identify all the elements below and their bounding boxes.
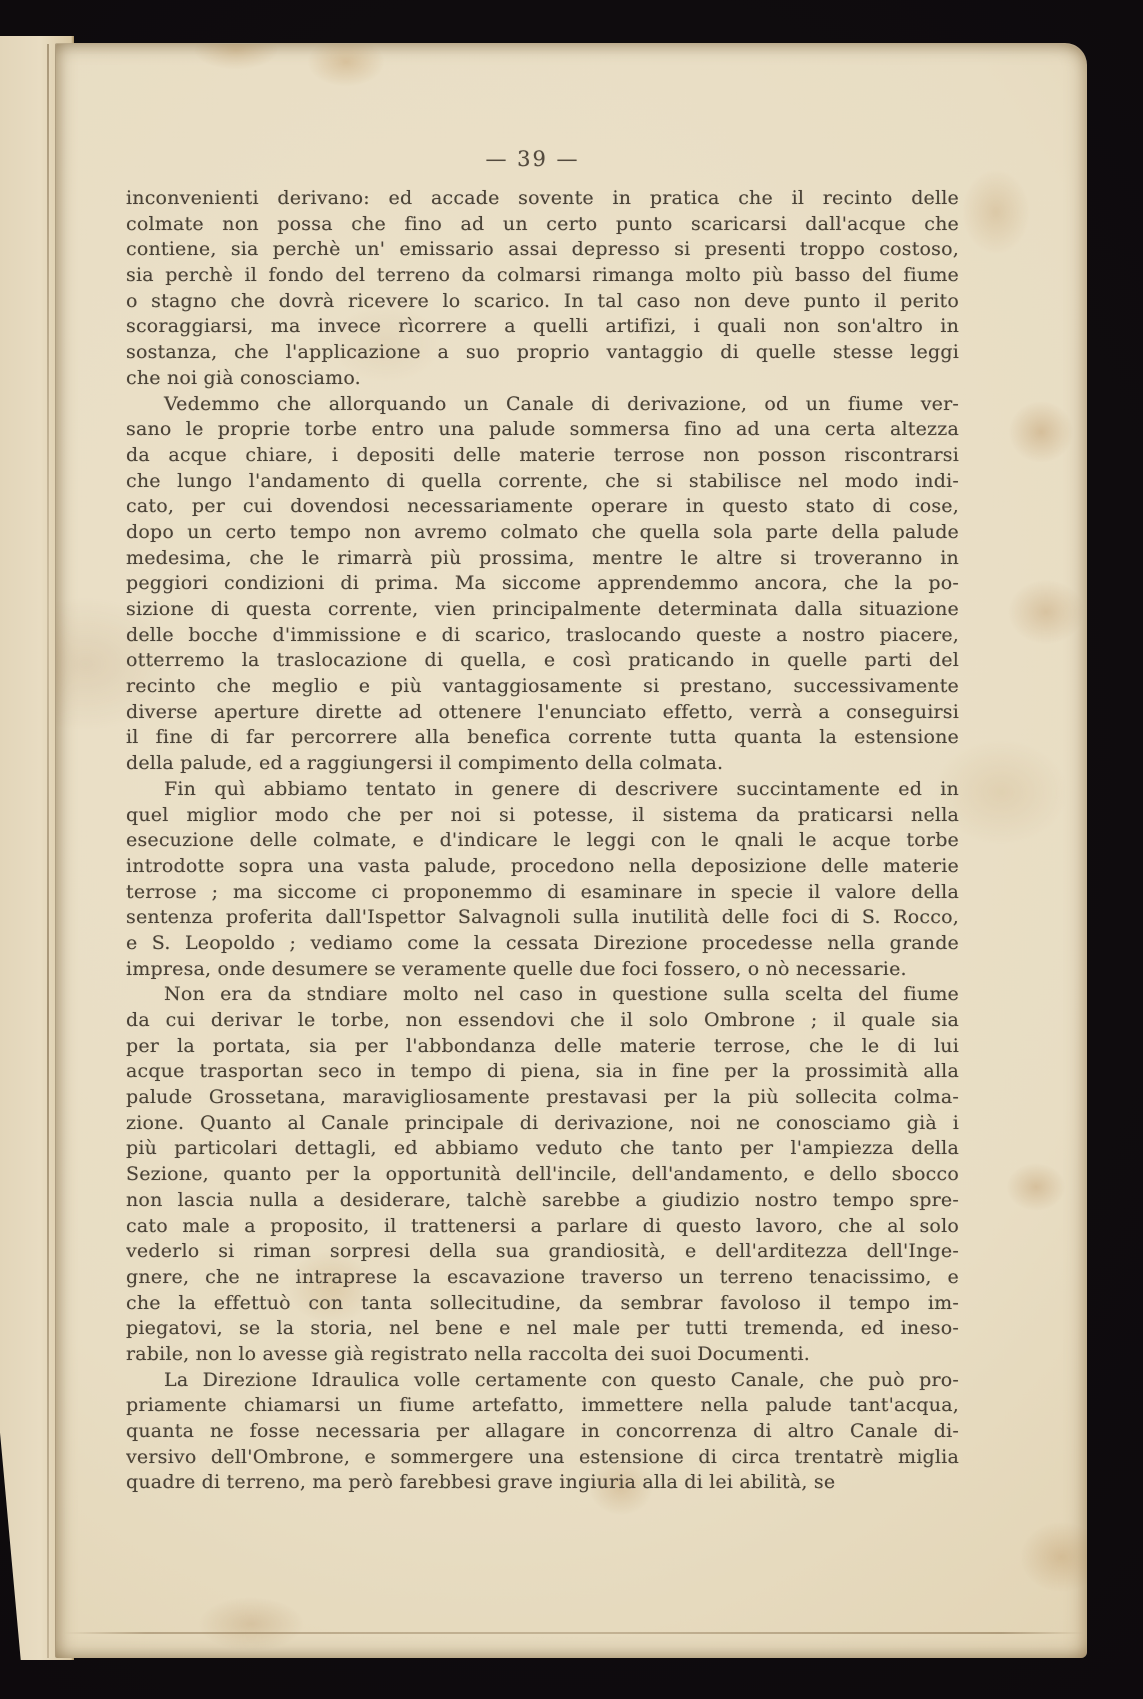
paragraph: Non era da stndiare molto nel caso in qu… <box>126 982 959 1367</box>
text-line: il fine di far percorrere alla benefica … <box>126 725 959 751</box>
text-line: da cui derivar le torbe, non essendovi c… <box>126 1008 959 1034</box>
text-line: introdotte sopra una vasta palude, proce… <box>126 854 959 880</box>
text-line: impresa, onde desumere se veramente quel… <box>126 957 959 983</box>
paragraph: inconvenienti derivano: ed accade sovent… <box>126 186 959 392</box>
text-line: Non era da stndiare molto nel caso in qu… <box>126 982 959 1008</box>
text-line: quel miglior modo che per noi si potesse… <box>126 803 959 829</box>
text-line: e S. Leopoldo ; vediamo come la cessata … <box>126 931 959 957</box>
page-content: — 39 — inconvenienti derivano: ed accade… <box>126 144 959 1496</box>
text-line: esecuzione delle colmate, e d'indicare l… <box>126 828 959 854</box>
text-line: o stagno che dovrà ricevere lo scarico. … <box>126 289 959 315</box>
text-line: inconvenienti derivano: ed accade sovent… <box>126 186 959 212</box>
text-line: Fin quì abbiamo tentato in genere di des… <box>126 777 959 803</box>
book-page: — 39 — inconvenienti derivano: ed accade… <box>55 43 1087 1658</box>
text-line: otterremo la traslocazione di quella, e … <box>126 648 959 674</box>
text-line: più particolari dettagli, ed abbiamo ved… <box>126 1136 959 1162</box>
text-line: vederlo si riman sorpresi della sua gran… <box>126 1239 959 1265</box>
text-line: zione. Quanto al Canale principale di de… <box>126 1111 959 1137</box>
text-line: piegatovi, se la storia, nel bene e nel … <box>126 1316 959 1342</box>
page-number: — 39 — <box>116 144 949 186</box>
text-line: che lungo l'andamento di quella corrente… <box>126 469 959 495</box>
text-line: per la portata, sia per l'abbondanza del… <box>126 1034 959 1060</box>
text-line: delle bocche d'immissione e di scarico, … <box>126 623 959 649</box>
text-line: della palude, ed a raggiungersi il compi… <box>126 751 959 777</box>
text-line: versivo dell'Ombrone, e sommergere una e… <box>126 1445 959 1471</box>
text-line: sizione di questa corrente, vien princip… <box>126 597 959 623</box>
text-line: diverse aperture dirette ad ottenere l'e… <box>126 700 959 726</box>
text-line: contiene, sia perchè un' emissario assai… <box>126 237 959 263</box>
text-line: peggiori condizioni di prima. Ma siccome… <box>126 571 959 597</box>
text-line: colmate non possa che fino ad un certo p… <box>126 212 959 238</box>
text-line: medesima, che le rimarrà più prossima, m… <box>126 546 959 572</box>
text-line: Vedemmo che allorquando un Canale di der… <box>126 392 959 418</box>
text-line: sano le proprie torbe entro una palude s… <box>126 417 959 443</box>
paragraph: Fin quì abbiamo tentato in genere di des… <box>126 777 959 983</box>
scan-background: — 39 — inconvenienti derivano: ed accade… <box>0 0 1143 1699</box>
text-line: non lascia nulla a desiderare, talchè sa… <box>126 1188 959 1214</box>
text-line: Sezione, quanto per la opportunità dell'… <box>126 1162 959 1188</box>
text-line: scoraggiarsi, ma invece rìcorrere a quel… <box>126 314 959 340</box>
text-line: che la effettuò con tanta sollecitudine,… <box>126 1291 959 1317</box>
text-line: recinto che meglio e più vantaggiosament… <box>126 674 959 700</box>
text-line: sentenza proferita dall'Ispettor Salvagn… <box>126 905 959 931</box>
text-line: quanta ne fosse necessaria per allagare … <box>126 1419 959 1445</box>
text-line: sia perchè il fondo del terreno da colma… <box>126 263 959 289</box>
paragraph: La Direzione Idraulica volle certamente … <box>126 1368 959 1496</box>
text-line: che noi già conosciamo. <box>126 366 959 392</box>
bottom-fold-crease <box>64 1632 1083 1634</box>
text-line: La Direzione Idraulica volle certamente … <box>126 1368 959 1394</box>
text-body: inconvenienti derivano: ed accade sovent… <box>126 186 959 1496</box>
text-line: gnere, che ne intraprese la escavazione … <box>126 1265 959 1291</box>
text-line: rabile, non lo avesse già registrato nel… <box>126 1342 959 1368</box>
text-line: da acque chiare, i depositi delle materi… <box>126 443 959 469</box>
text-line: sostanza, che l'applicazione a suo propr… <box>126 340 959 366</box>
text-line: cato male a proposito, il trattenersi a … <box>126 1214 959 1240</box>
text-line: priamente chiamarsi un fiume artefatto, … <box>126 1393 959 1419</box>
text-line: palude Grossetana, maravigliosamente pre… <box>126 1085 959 1111</box>
paragraph: Vedemmo che allorquando un Canale di der… <box>126 392 959 777</box>
text-line: terrose ; ma siccome ci proponemmo di es… <box>126 880 959 906</box>
text-line: cato, per cui dovendosi necessariamente … <box>126 494 959 520</box>
text-line: acque trasportan seco in tempo di piena,… <box>126 1059 959 1085</box>
text-line: dopo un certo tempo non avremo colmato c… <box>126 520 959 546</box>
text-line: quadre di terreno, ma però farebbesi gra… <box>126 1470 959 1496</box>
